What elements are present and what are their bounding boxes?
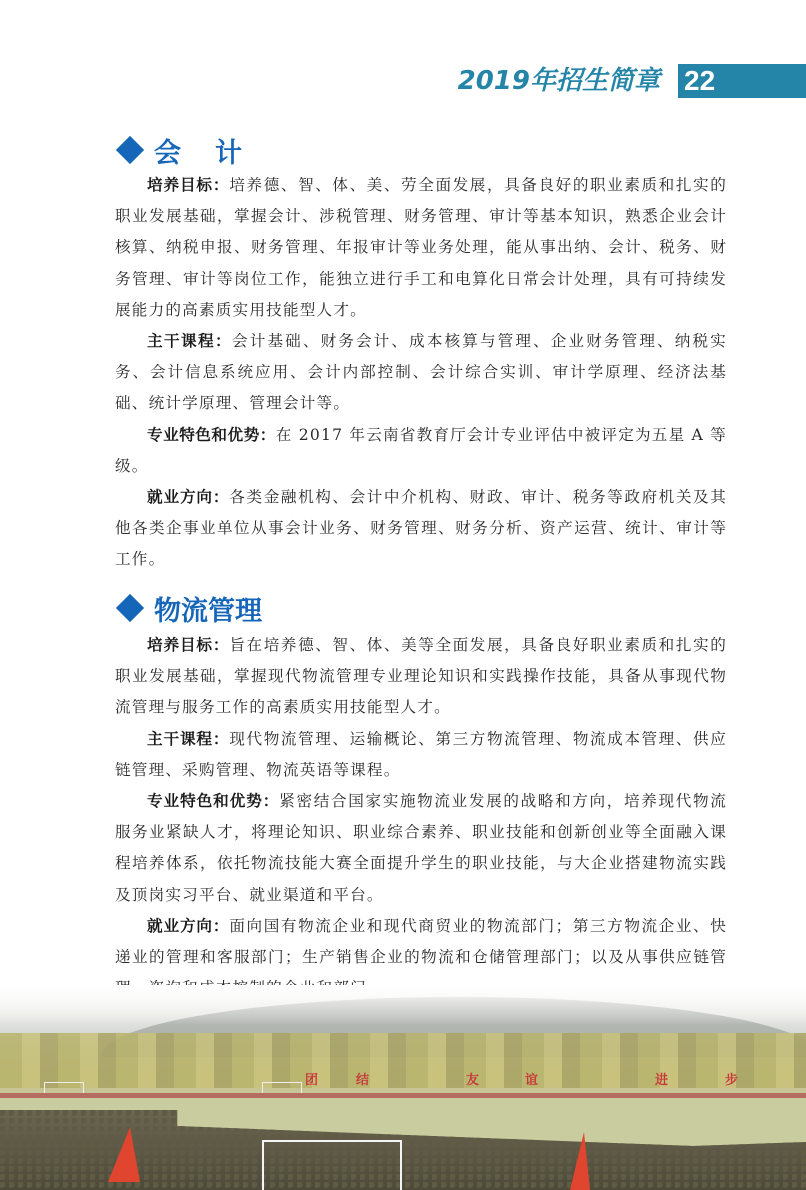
- paragraph-label: 主干课程：: [147, 730, 229, 748]
- paragraph-label: 专业特色和优势：: [147, 792, 279, 810]
- paragraph-training-goal: 培养目标：旨在培养德、智、体、美等全面发展，具备良好职业素质和扎实的职业发展基础…: [115, 630, 727, 724]
- section-title: 物流管理: [154, 589, 262, 628]
- paragraph-label: 就业方向：: [147, 488, 229, 506]
- fence-banner-char: 友: [466, 1069, 479, 1088]
- photo-goal-frame: [262, 1140, 402, 1190]
- fence-banner-char: 结: [356, 1069, 369, 1088]
- paragraph-core-courses: 主干课程：会计基础、财务会计、成本核算与管理、企业财务管理、纳税实务、会计信息系…: [115, 326, 727, 420]
- red-flag-icon: [108, 1127, 140, 1182]
- paragraph-label: 就业方向：: [147, 917, 229, 935]
- red-flag-icon: [570, 1132, 590, 1190]
- section-title: 会计: [154, 131, 276, 170]
- paragraph-label: 培养目标：: [147, 176, 229, 194]
- paragraph-features: 专业特色和优势：紧密结合国家实施物流业发展的战略和方向，培养现代物流服务业紧缺人…: [115, 786, 727, 911]
- section-logistics: 物流管理 培养目标：旨在培养德、智、体、美等全面发展，具备良好职业素质和扎实的职…: [115, 590, 727, 1004]
- paragraph-training-goal: 培养目标：培养德、智、体、美、劳全面发展，具备良好的职业素质和扎实的职业发展基础…: [115, 170, 727, 326]
- paragraph-core-courses: 主干课程：现代物流管理、运输概论、第三方物流管理、物流成本管理、供应链管理、采购…: [115, 724, 727, 786]
- section-accounting: 会计 培养目标：培养德、智、体、美、劳全面发展，具备良好的职业素质和扎实的职业发…: [115, 132, 727, 576]
- section-heading: 会计: [115, 132, 727, 168]
- photo-trees: [0, 1033, 806, 1088]
- paragraph-employment: 就业方向：各类金融机构、会计中介机构、财政、审计、税务等政府机关及其他各类企事业…: [115, 482, 727, 576]
- page-header: 2019年招生简章 22: [0, 64, 806, 98]
- paragraph-label: 专业特色和优势：: [147, 426, 276, 444]
- page-number: 22: [684, 64, 715, 98]
- fence-banner-char: 团: [305, 1069, 318, 1088]
- page-number-bar: 22: [678, 64, 806, 98]
- brochure-title: 2019年招生简章: [458, 64, 660, 98]
- section-heading: 物流管理: [115, 590, 727, 626]
- campus-photo: 团 结 友 谊 进 步: [0, 985, 806, 1190]
- fence-banner-char: 步: [725, 1069, 738, 1088]
- paragraph-label: 培养目标：: [147, 636, 229, 654]
- diamond-bullet-icon: [116, 136, 144, 164]
- fence-banner-char: 进: [655, 1069, 668, 1088]
- fence-banner-char: 谊: [525, 1069, 538, 1088]
- photo-fade: [0, 985, 806, 1025]
- diamond-bullet-icon: [116, 594, 144, 622]
- paragraph-text: 培养德、智、体、美、劳全面发展，具备良好的职业素质和扎实的职业发展基础，掌握会计…: [115, 176, 727, 319]
- paragraph-label: 主干课程：: [147, 332, 232, 350]
- paragraph-features: 专业特色和优势：在 2017 年云南省教育厅会计专业评估中被评定为五星 A 等级…: [115, 420, 727, 482]
